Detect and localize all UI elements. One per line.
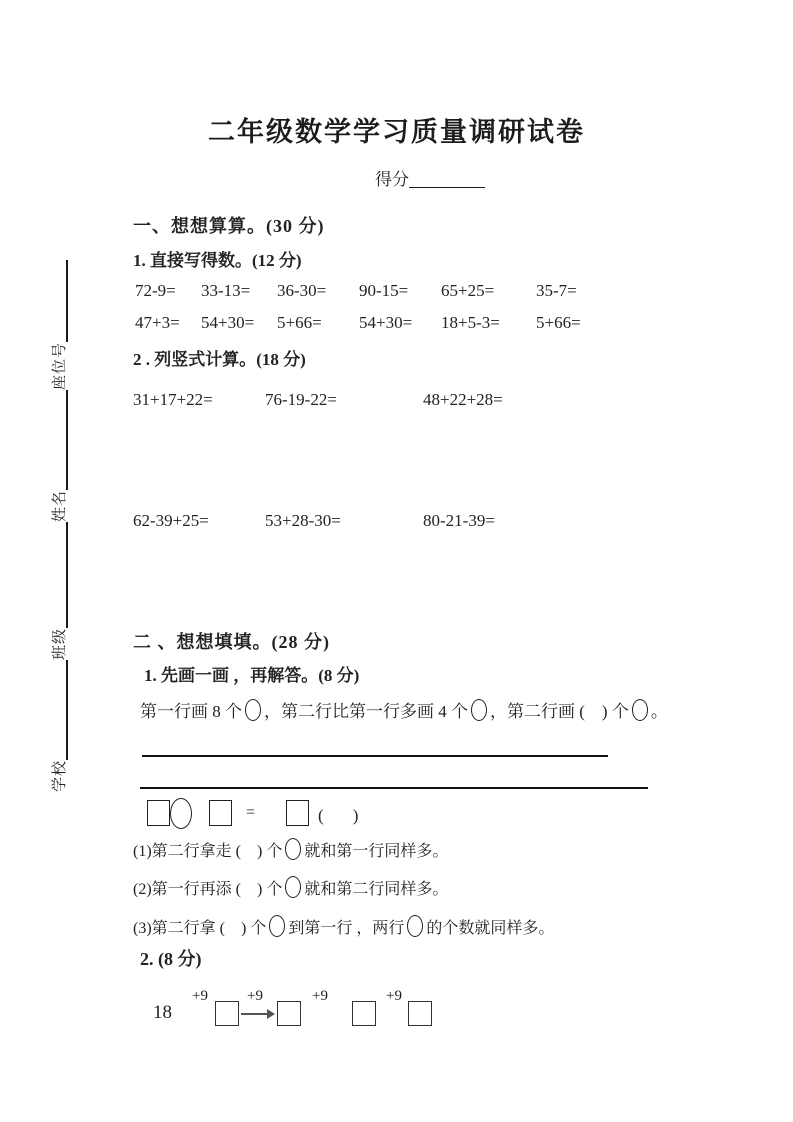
circle-icon	[285, 838, 301, 860]
seal-line: 学校 班级 姓名 座位号	[50, 217, 68, 792]
vertical-calc-row-1: 31+17+22= 76-19-22= 48+22+28=	[133, 390, 693, 410]
answer-line-2[interactable]	[140, 787, 648, 789]
math-problem: 36-30=	[277, 281, 359, 301]
circle-icon	[285, 876, 301, 898]
answer-box-3[interactable]	[286, 800, 309, 826]
score-blank[interactable]	[409, 170, 485, 188]
section1-item1: 1. 直接写得数。(12 分)	[133, 246, 302, 271]
circle-icon	[407, 915, 423, 937]
answer-line-1[interactable]	[142, 755, 608, 757]
math-problem: 5+66=	[277, 313, 359, 333]
answer-box-2[interactable]	[209, 800, 232, 826]
sequence-start-number: 18	[153, 1002, 172, 1024]
equation-row: = ( )	[147, 797, 364, 829]
equals-sign: =	[246, 804, 255, 822]
seal-blank-seat[interactable]	[53, 260, 68, 342]
direct-calc-row-1: 72-9= 33-13= 36-30= 90-15= 65+25= 35-7=	[135, 281, 695, 301]
circle-icon	[632, 699, 648, 721]
section2-header: 二 、想想填填。(28 分)	[133, 628, 330, 654]
seal-blank-class[interactable]	[53, 522, 68, 628]
sequence-step-label: +9	[192, 988, 208, 1005]
right-arrow-icon	[241, 1013, 273, 1015]
draw-problem-text: 第一行画 8 个，第二行比第一行多画 4 个，第二行画 ( ) 个。	[140, 697, 668, 727]
score-label: 得分	[375, 170, 409, 189]
exam-paper-page: 学校 班级 姓名 座位号 二年级数学学习质量调研试卷 得分 一、想想算算。(30…	[0, 0, 793, 1122]
math-problem: 80-21-39=	[423, 511, 495, 531]
math-problem: 48+22+28=	[423, 390, 503, 410]
seal-blank-name[interactable]	[53, 390, 68, 490]
operator-circle-icon[interactable]	[170, 798, 192, 829]
math-problem: 47+3=	[135, 313, 201, 333]
circle-icon	[269, 915, 285, 937]
sequence-step-label: +9	[312, 988, 328, 1005]
math-problem: 62-39+25=	[133, 511, 265, 531]
math-problem: 18+5-3=	[441, 313, 536, 333]
sequence-box-3[interactable]	[352, 1001, 376, 1026]
math-problem: 72-9=	[135, 281, 201, 301]
circle-icon	[471, 699, 487, 721]
math-problem: 53+28-30=	[265, 511, 423, 531]
subitem-3: (3)第二行拿 ( ) 个到第一行 ，两行的个数就同样多。	[133, 915, 554, 942]
seal-blank-school[interactable]	[53, 660, 68, 760]
math-problem: 5+66=	[536, 313, 581, 333]
subitem-2: (2)第一行再添 ( ) 个就和第二行同样多。	[133, 876, 448, 903]
math-problem: 54+30=	[359, 313, 441, 333]
direct-calc-row-2: 47+3= 54+30= 5+66= 54+30= 18+5-3= 5+66=	[135, 313, 695, 333]
math-problem: 35-7=	[536, 281, 577, 301]
section2-item2: 2. (8 分)	[140, 945, 202, 971]
math-problem: 90-15=	[359, 281, 441, 301]
vertical-calc-row-2: 62-39+25= 53+28-30= 80-21-39=	[133, 511, 693, 531]
sequence-step-label: +9	[247, 988, 263, 1005]
page-title: 二年级数学学习质量调研试卷	[0, 110, 793, 149]
math-problem: 31+17+22=	[133, 390, 265, 410]
score-row: 得分	[375, 165, 485, 190]
sequence-box-1[interactable]	[215, 1001, 239, 1026]
seal-label-name: 姓名	[52, 490, 68, 522]
unit-parens-blank[interactable]: ( )	[318, 801, 364, 826]
section2-item1: 1. 先画一画 ，再解答。(8 分)	[144, 661, 359, 686]
math-problem: 54+30=	[201, 313, 277, 333]
seal-label-seat: 座位号	[52, 342, 68, 390]
section1-item2: 2 . 列竖式计算。(18 分)	[133, 345, 306, 370]
math-problem: 65+25=	[441, 281, 536, 301]
seal-label-school: 学校	[52, 760, 68, 792]
math-problem: 33-13=	[201, 281, 277, 301]
answer-box-1[interactable]	[147, 800, 170, 826]
sequence-box-2[interactable]	[277, 1001, 301, 1026]
math-problem: 76-19-22=	[265, 390, 423, 410]
seal-label-class: 班级	[52, 628, 68, 660]
sequence-box-4[interactable]	[408, 1001, 432, 1026]
circle-icon	[245, 699, 261, 721]
sequence-step-label: +9	[386, 988, 402, 1005]
section1-header: 一、想想算算。(30 分)	[133, 212, 325, 238]
subitem-1: (1)第二行拿走 ( ) 个就和第一行同样多。	[133, 838, 448, 865]
